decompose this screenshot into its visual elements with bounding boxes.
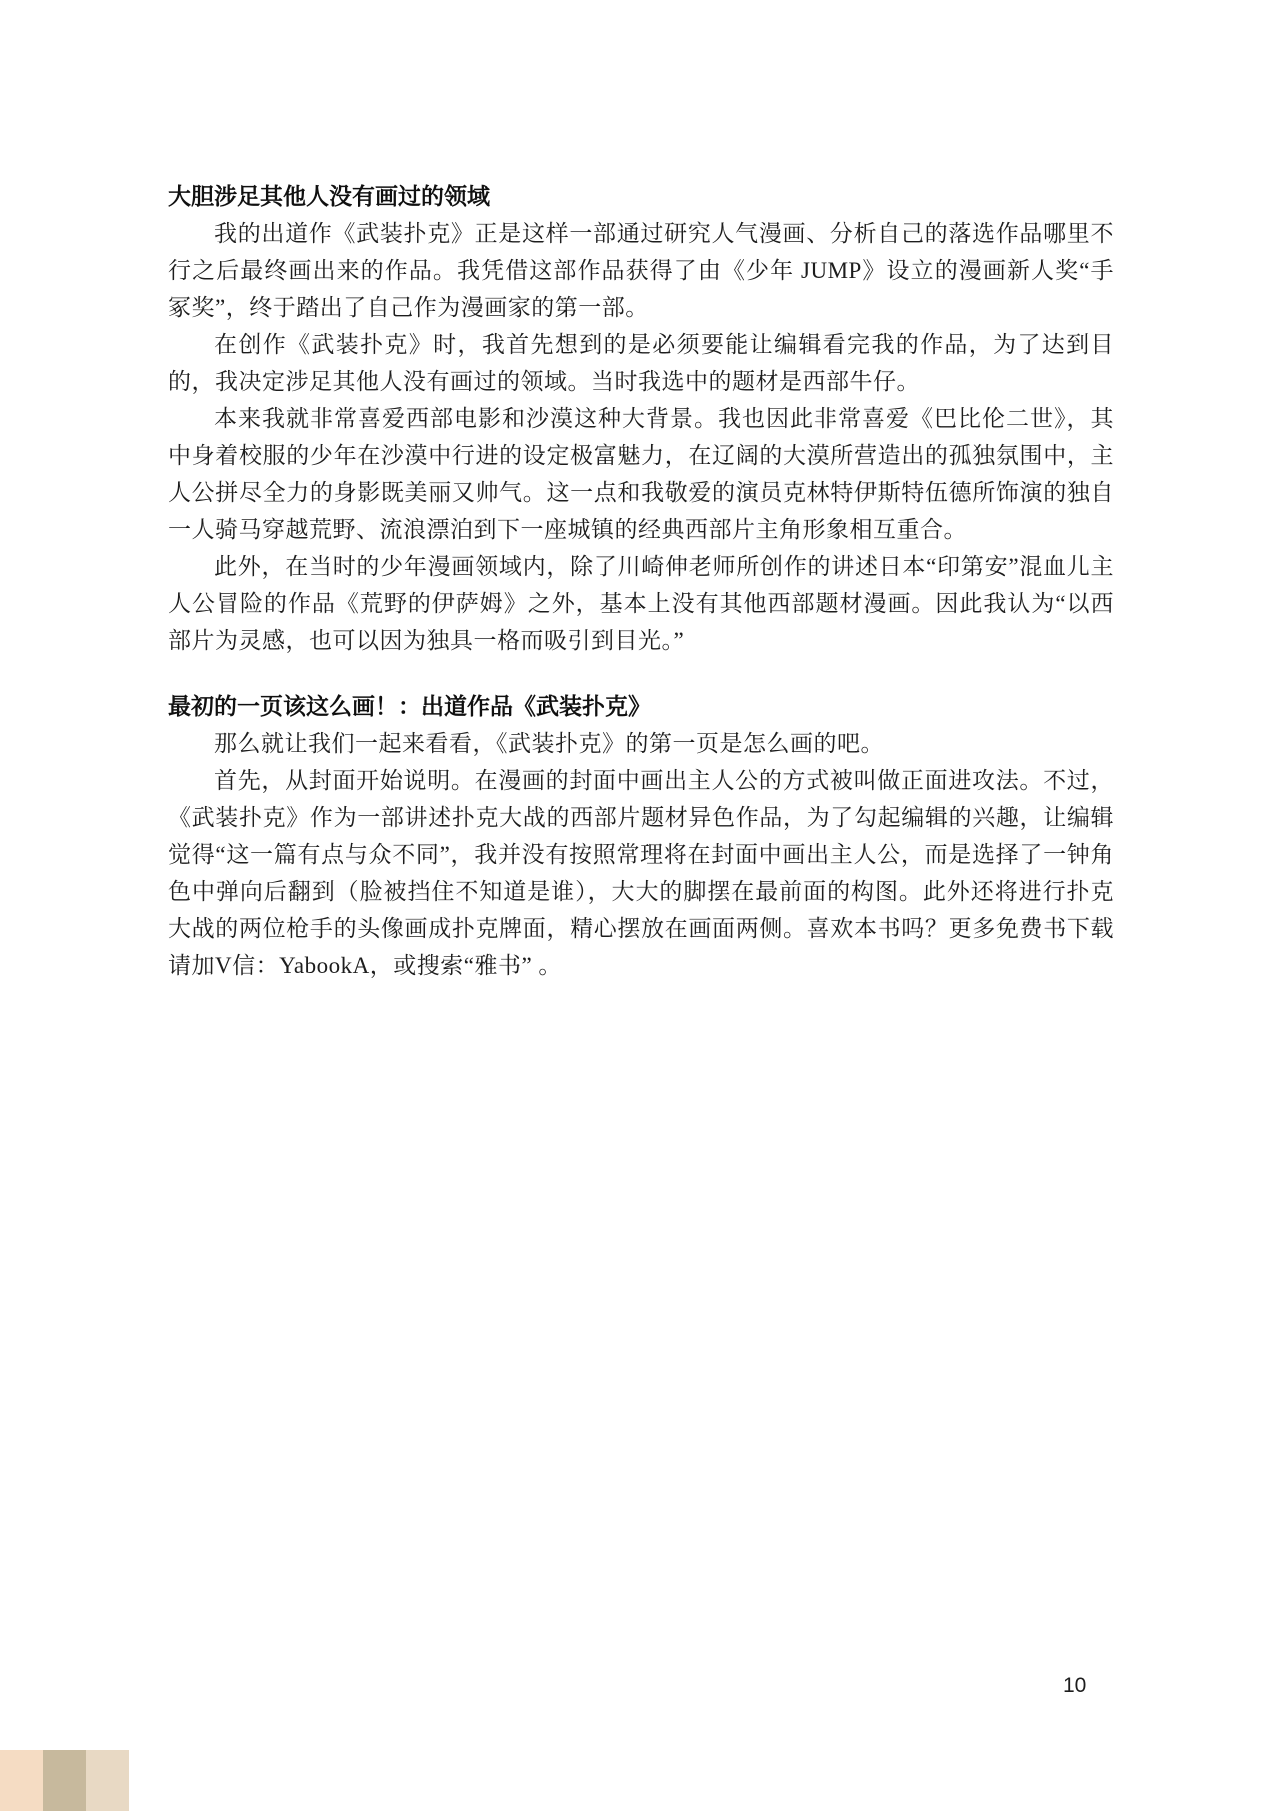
paragraph: 我的出道作《武装扑克》正是这样一部通过研究人气漫画、分析自己的落选作品哪里不行之… (168, 215, 1114, 326)
paragraph: 本来我就非常喜爱西部电影和沙漠这种大背景。我也因此非常喜爱《巴比伦二世》，其中身… (168, 400, 1114, 548)
section-bold-new-territory: 大胆涉足其他人没有画过的领域 我的出道作《武装扑克》正是这样一部通过研究人气漫画… (168, 178, 1114, 659)
paragraph: 首先，从封面开始说明。在漫画的封面中画出主人公的方式被叫做正面进攻法。不过，《武… (168, 762, 1114, 984)
paragraph: 在创作《武装扑克》时，我首先想到的是必须要能让编辑看完我的作品，为了达到目的，我… (168, 326, 1114, 400)
page-content: 大胆涉足其他人没有画过的领域 我的出道作《武装扑克》正是这样一部通过研究人气漫画… (168, 178, 1114, 984)
paragraph: 此外，在当时的少年漫画领域内，除了川崎伸老师所创作的讲述日本“印第安”混血儿主人… (168, 548, 1114, 659)
footer-color-swatches (0, 1750, 129, 1811)
paragraph: 那么就让我们一起来看看，《武装扑克》的第一页是怎么画的吧。 (168, 725, 1114, 762)
section-heading: 最初的一页该这么画！：出道作品《武装扑克》 (168, 688, 1114, 725)
section-first-page: 最初的一页该这么画！：出道作品《武装扑克》 那么就让我们一起来看看，《武装扑克》… (168, 688, 1114, 984)
beige-swatch (86, 1750, 129, 1811)
section-heading: 大胆涉足其他人没有画过的领域 (168, 178, 1114, 215)
peach-swatch (0, 1750, 43, 1811)
tan-swatch (43, 1750, 86, 1811)
page-number: 10 (1063, 1674, 1086, 1698)
